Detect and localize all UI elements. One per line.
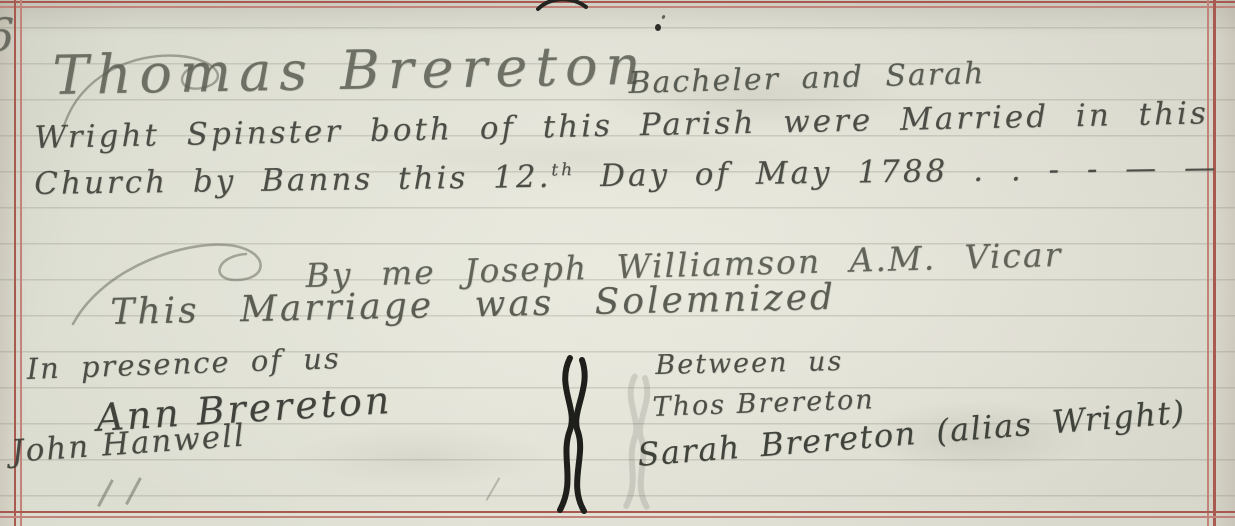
right-margin-rule-outer [1213,0,1216,526]
ink-blot [655,24,661,31]
signature-brace-bleed [616,372,662,512]
pencil-mark [125,477,141,505]
entry-line-3-post: Day of May 1788 . . - - — — [575,149,1218,194]
stray-ink-mark [536,0,590,12]
ink-blot-small [661,15,666,20]
register-page: 6 Thomas Brereton Bacheler and Sarah Wri… [0,0,1235,526]
witness-signature-2: John Hanwell [10,418,247,470]
pencil-mark [486,477,501,501]
ordinal-suffix: th [551,160,575,180]
bottom-rule-inner [0,516,1235,518]
top-rule-inner [0,6,1235,8]
pencil-mark [97,479,113,507]
margin-folio-number: 6 [0,8,14,62]
right-margin-rule-inner [1207,0,1209,526]
party-signature-1: Thos Brereton [652,384,875,423]
entry-names-rest: Bacheler and Sarah [628,56,986,101]
parties-heading: Between us [655,346,844,381]
witness-heading: In presence of us [26,341,341,386]
entry-line-3: Church by Banns this 12.th Day of May 17… [34,149,1218,202]
signature-brace [548,356,602,514]
top-rule-outer [0,1,1235,3]
entry-names: Thomas Brereton [52,34,649,107]
bleed-through-smudge [290,425,550,490]
entry-line-3-pre: Church by Banns this 12. [34,159,552,202]
